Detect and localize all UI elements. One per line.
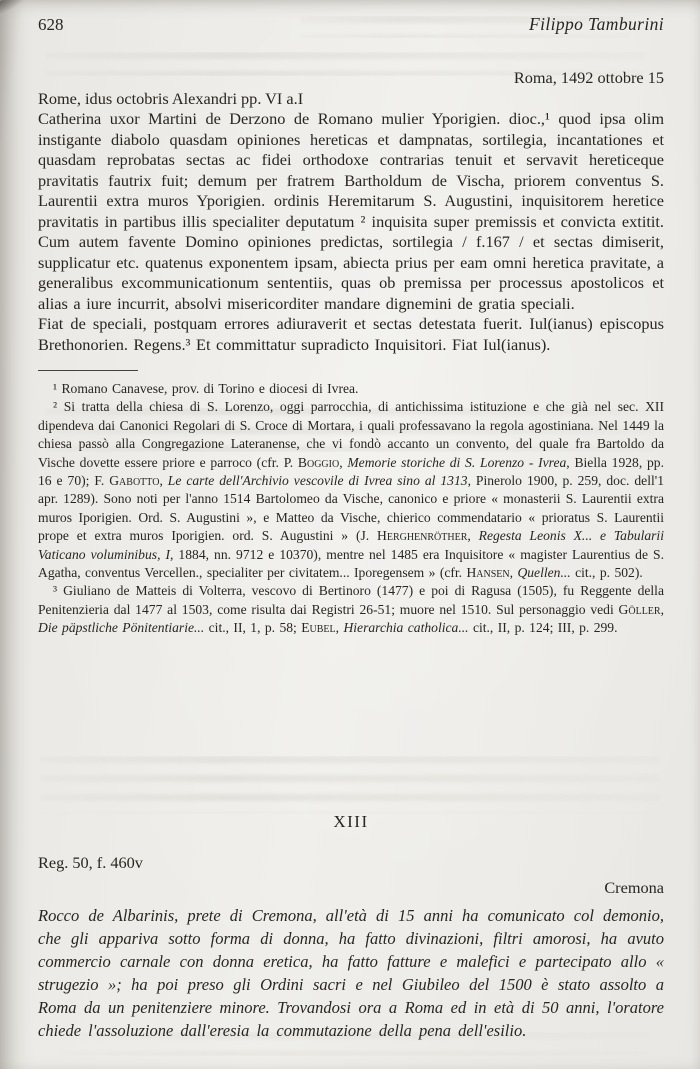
body-paragraph: Fiat de speciali, postquam errores adiur… bbox=[38, 314, 664, 355]
footnotes: ¹ Romano Canavese, prov. di Torino e dio… bbox=[38, 380, 664, 638]
register-reference: Reg. 50, f. 460v bbox=[38, 853, 664, 873]
page-header: 628 Filippo Tamburini bbox=[38, 14, 664, 35]
page-content: 628 Filippo Tamburini Roma, 1492 ottobre… bbox=[38, 14, 664, 638]
footnote: ² Si tratta della chiesa di S. Lorenzo, … bbox=[38, 398, 664, 582]
footnote-text-segment: , bbox=[159, 473, 167, 488]
footnote-separator-rule bbox=[38, 370, 138, 371]
footnote-text-segment: Romano Canavese, prov. di Torino e dioce… bbox=[61, 381, 358, 396]
dateline: Roma, 1492 ottobre 15 bbox=[38, 68, 664, 88]
footnote-text-segment: Hansen bbox=[466, 565, 509, 580]
footnote-text-segment: Le carte dell'Archivio vescovile di Ivre… bbox=[168, 473, 468, 488]
footnote-text-segment: cit., p. 502). bbox=[571, 565, 643, 580]
footnote-text-segment: Memorie storiche di S. Lorenzo - Ivrea bbox=[347, 455, 566, 470]
page-number: 628 bbox=[38, 15, 64, 35]
latin-date-line: Rome, idus octobris Alexandri pp. VI a.I bbox=[38, 89, 664, 109]
footnote-text-segment: , bbox=[467, 528, 478, 543]
footnote-text-segment: cit., II, p. 124; III, p. 299. bbox=[469, 620, 618, 635]
footnote-text-segment: Eubel bbox=[301, 620, 335, 635]
footnote-text-segment: cit., II, 1, p. 58; bbox=[204, 620, 301, 635]
footnote-text-segment: Quellen... bbox=[517, 565, 570, 580]
footnote: ³ Giuliano de Matteis di Volterra, vesco… bbox=[38, 582, 664, 637]
footnote-text-segment: , bbox=[661, 602, 664, 617]
section-xiii: XIII Reg. 50, f. 460v Cremona Rocco de A… bbox=[38, 812, 664, 1042]
place-name: Cremona bbox=[38, 878, 664, 898]
section-number-heading: XIII bbox=[38, 812, 664, 832]
body-paragraph: Catherina uxor Martini de Derzono de Rom… bbox=[38, 109, 664, 314]
footnote-marker: ³ bbox=[53, 583, 63, 598]
footnote-text-segment: Gabotto bbox=[109, 473, 159, 488]
footnote-text-segment: Herghenröther bbox=[377, 528, 467, 543]
bleed-through-ghost bbox=[40, 756, 660, 814]
footnote-text-segment: Giuliano de Matteis di Volterra, vescovo… bbox=[38, 583, 664, 616]
summary-paragraph: Rocco de Albarinis, prete di Cremona, al… bbox=[38, 905, 664, 1042]
footnote-text-segment: Hierarchia catholica... bbox=[343, 620, 468, 635]
footnote-marker: ² bbox=[53, 399, 64, 414]
scan-corner-smudge bbox=[0, 0, 31, 15]
footnote: ¹ Romano Canavese, prov. di Torino e dio… bbox=[38, 380, 664, 398]
scanned-book-page: 628 Filippo Tamburini Roma, 1492 ottobre… bbox=[0, 0, 700, 1069]
footnote-text-segment: Göller bbox=[619, 602, 661, 617]
footnote-text-segment: Die päpstliche Pönitentiarie... bbox=[38, 620, 204, 635]
footnote-text-segment: Boggio bbox=[298, 455, 339, 470]
running-header: Filippo Tamburini bbox=[529, 14, 664, 35]
